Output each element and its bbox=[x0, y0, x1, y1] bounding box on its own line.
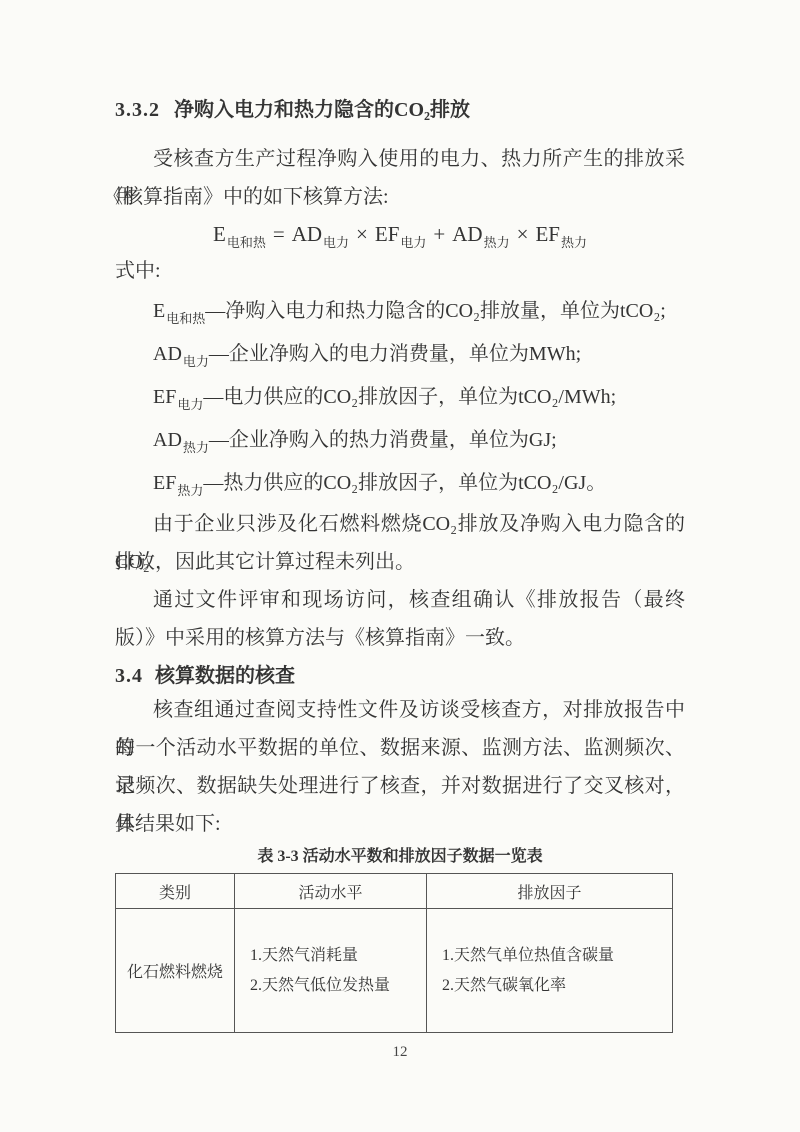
paragraph-line: 版）》中采用的核算方法与《核算指南》一致。 bbox=[115, 619, 685, 657]
section-heading-3-4: 3.4核算数据的核查 bbox=[115, 661, 685, 691]
formula-term: EF热力 bbox=[535, 222, 587, 246]
table-cell-emission-factor: 1.天然气单位热值含碳量 2.天然气碳氧化率 bbox=[426, 909, 672, 1032]
emission-factor-item: 1.天然气单位热值含碳量 bbox=[442, 941, 614, 971]
table-cell-activity-level: 1.天然气消耗量 2.天然气低位发热量 bbox=[234, 909, 426, 1032]
definition-line: AD电力—企业净购入的电力消费量，单位为MWh; bbox=[115, 333, 685, 376]
document-page: 3.3.2净购入电力和热力隐含的CO₂排放 受核查方生产过程净购入使用的电力、热… bbox=[0, 0, 800, 1132]
formula-term: EF电力 bbox=[375, 222, 427, 246]
section-title: 净购入电力和热力隐含的CO₂排放 bbox=[174, 99, 470, 121]
paragraph-line: 排放，因此其它计算过程未列出。 bbox=[115, 543, 685, 581]
definition-line: AD热力—企业净购入的热力消费量，单位为GJ; bbox=[115, 419, 685, 462]
paragraph-line: 核查组通过查阅支持性文件及访谈受核查方，对排放报告中的 bbox=[115, 691, 685, 729]
paragraph-line: 录频次、数据缺失处理进行了核查，并对数据进行了交叉核对，具 bbox=[115, 767, 685, 805]
formula-term: E电和热 bbox=[213, 222, 266, 246]
paragraph-line: 由于企业只涉及化石燃料燃烧CO₂排放及净购入电力隐含的CO₂ bbox=[115, 505, 685, 543]
multiply-sign: × bbox=[517, 222, 529, 246]
plus-sign: + bbox=[433, 222, 445, 246]
section-heading-3-3-2: 3.3.2净购入电力和热力隐含的CO₂排放 bbox=[115, 96, 685, 124]
formula-term: AD电力 bbox=[292, 222, 349, 246]
table-caption: 表 3-3 活动水平数和排放因子数据一览表 bbox=[115, 845, 685, 869]
emission-formula: E电和热=AD电力×EF电力+AD热力×EF热力 bbox=[115, 216, 685, 252]
paragraph-line: 每一个活动水平数据的单位、数据来源、监测方法、监测频次、记 bbox=[115, 729, 685, 767]
paragraph-line: 体结果如下: bbox=[115, 805, 685, 843]
table-cell-category: 化石燃料燃烧 bbox=[116, 909, 234, 1032]
paragraph-line: 《核算指南》中的如下核算方法: bbox=[103, 178, 685, 216]
formula-term: AD热力 bbox=[452, 222, 509, 246]
definition-line: E电和热—净购入电力和热力隐含的CO₂排放量，单位为tCO₂; bbox=[115, 290, 685, 333]
definition-line: EF电力—电力供应的CO₂排放因子，单位为tCO₂/MWh; bbox=[115, 376, 685, 419]
section-title: 核算数据的核查 bbox=[155, 665, 295, 687]
paragraph-line: 通过文件评审和现场访问，核查组确认《排放报告（最终 bbox=[115, 581, 685, 619]
where-label: 式中: bbox=[115, 252, 685, 290]
table-header-row: 类别 活动水平 排放因子 bbox=[116, 874, 672, 909]
multiply-sign: × bbox=[356, 222, 368, 246]
equals-sign: = bbox=[273, 222, 285, 246]
table-header-emission-factor: 排放因子 bbox=[426, 874, 672, 908]
definition-line: EF热力—热力供应的CO₂排放因子，单位为tCO₂/GJ。 bbox=[115, 462, 685, 505]
table-header-activity-level: 活动水平 bbox=[234, 874, 426, 908]
table-row: 化石燃料燃烧 1.天然气消耗量 2.天然气低位发热量 1.天然气单位热值含碳量 … bbox=[116, 909, 672, 1032]
emission-factor-item: 2.天然气碳氧化率 bbox=[442, 971, 566, 1001]
activity-data-table: 类别 活动水平 排放因子 化石燃料燃烧 1.天然气消耗量 2.天然气低位发热量 … bbox=[115, 873, 673, 1033]
page-content: 3.3.2净购入电力和热力隐含的CO₂排放 受核查方生产过程净购入使用的电力、热… bbox=[115, 96, 685, 1033]
table-header-category: 类别 bbox=[116, 874, 234, 908]
page-number: 12 bbox=[0, 1044, 800, 1061]
activity-item: 1.天然气消耗量 bbox=[250, 941, 358, 971]
section-number: 3.4 bbox=[115, 665, 143, 687]
section-number: 3.3.2 bbox=[115, 99, 160, 121]
paragraph-line: 受核查方生产过程净购入使用的电力、热力所产生的排放采用 bbox=[115, 140, 685, 178]
activity-item: 2.天然气低位发热量 bbox=[250, 971, 390, 1001]
